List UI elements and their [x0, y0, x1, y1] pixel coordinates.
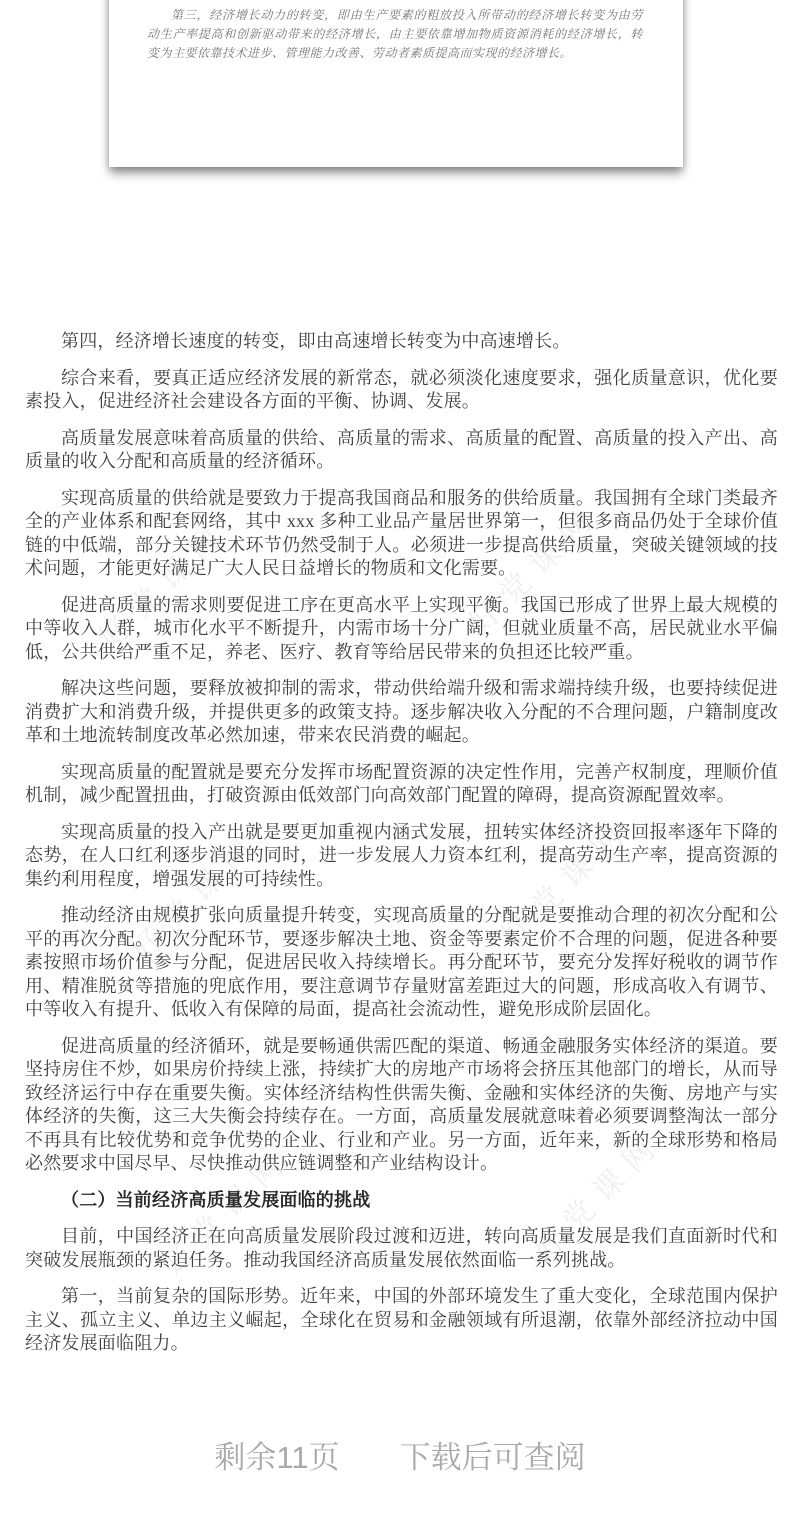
body-paragraph: 高质量发展意味着高质量的供给、高质量的需求、高质量的配置、高质量的投入产出、高质…	[25, 427, 778, 474]
body-paragraph: 解决这些问题，要释放被抑制的需求，带动供给端升级和需求端持续升级，也要持续促进消…	[25, 677, 778, 748]
body-paragraph: 推动经济由规模扩张向质量提升转变，实现高质量的分配就是要推动合理的初次分配和公平…	[25, 904, 778, 1022]
body-paragraph: 促进高质量的经济循环，就是要畅通供需匹配的渠道、畅通金融服务实体经济的渠道。要坚…	[25, 1035, 778, 1176]
download-to-view-hint: 下载后可查阅	[400, 1440, 586, 1475]
body-paragraph: 第一，当前复杂的国际形势。近年来，中国的外部环境发生了重大变化，全球范围内保护主…	[25, 1285, 778, 1356]
body-paragraph: 综合来看，要真正适应经济发展的新常态，就必须淡化速度要求，强化质量意识，优化要素…	[25, 367, 778, 414]
body-paragraph: 促进高质量的需求则要促进工序在更高水平上实现平衡。我国已形成了世界上最大规模的中…	[25, 594, 778, 665]
previous-page-preview-card: 第三，经济增长动力的转变，即由生产要素的粗放投入所带动的经济增长转变为由劳动生产…	[109, 0, 683, 167]
preview-page-paragraph: 第三，经济增长动力的转变，即由生产要素的粗放投入所带动的经济增长转变为由劳动生产…	[147, 6, 643, 63]
remaining-pages-hint: 剩余11页下载后可查阅	[0, 1432, 800, 1477]
body-paragraph: 第四，经济增长速度的转变，即由高速增长转变为中高速增长。	[25, 330, 778, 354]
body-paragraph: 实现高质量的供给就是要致力于提高我国商品和服务的供给质量。我国拥有全球门类最齐全…	[25, 487, 778, 581]
body-paragraph: 实现高质量的投入产出就是要更加重视内涵式发展，扭转实体经济投资回报率逐年下降的态…	[25, 821, 778, 892]
body-paragraph: 目前，中国经济正在向高质量发展阶段过渡和迈进，转向高质量发展是我们直面新时代和突…	[25, 1225, 778, 1272]
body-paragraph: 实现高质量的配置就是要充分发挥市场配置资源的决定性作用，完善产权制度，理顺价值机…	[25, 761, 778, 808]
section-heading: （二）当前经济高质量发展面临的挑战	[25, 1189, 778, 1213]
document-body: 第四，经济增长速度的转变，即由高速增长转变为中高速增长。 综合来看，要真正适应经…	[25, 330, 778, 1369]
remaining-pages-count: 剩余11页	[214, 1440, 339, 1475]
